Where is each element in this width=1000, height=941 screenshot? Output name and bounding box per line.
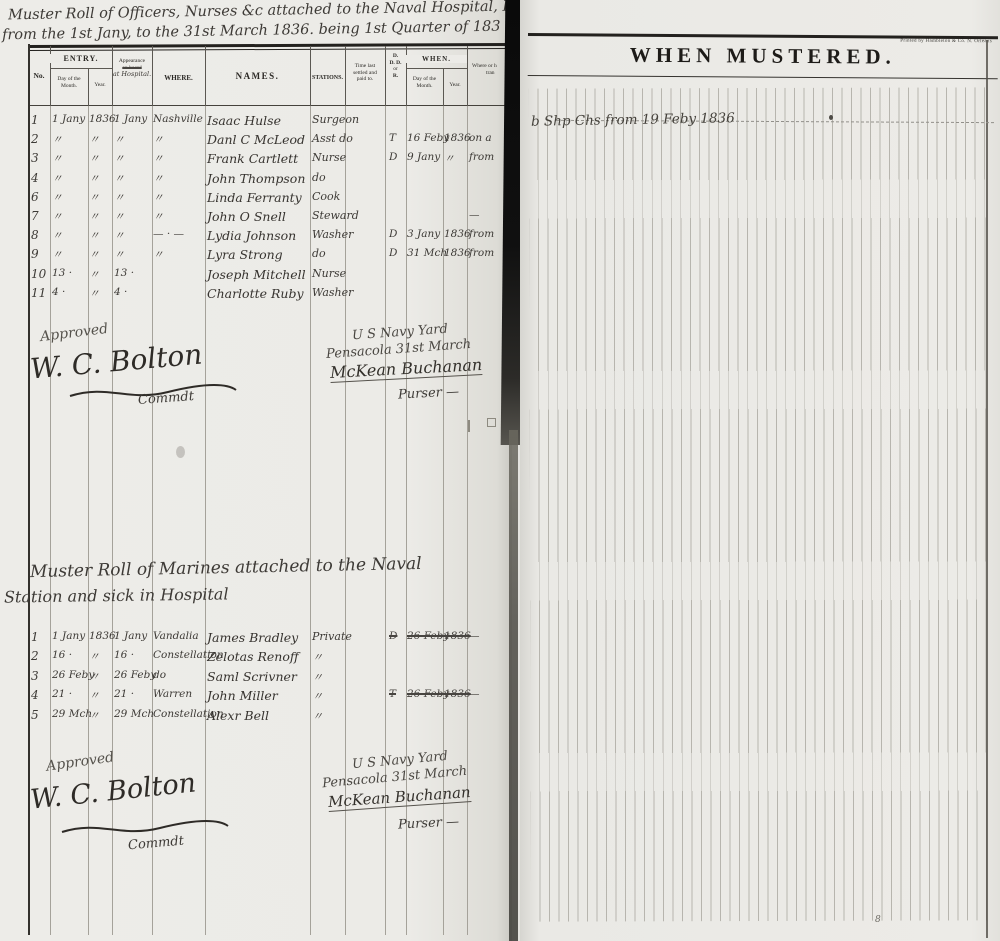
header-no: No. <box>28 71 50 80</box>
where-cell: Warren <box>153 688 192 700</box>
scanned-muster-roll-document: Muster Roll of Officers, Nurses &c attac… <box>0 0 1000 941</box>
entry-year-cell: 〃 <box>89 209 100 224</box>
when-day-cell: 31 Mch <box>407 247 447 259</box>
entry-day-cell: 21 · <box>52 688 72 700</box>
when-day-cell: 3 Jany <box>407 228 440 240</box>
table-top-rule-thin <box>28 48 510 51</box>
header-stations: STATIONS. <box>310 75 345 81</box>
commandant-signature: W. C. Bolton <box>29 338 204 386</box>
name-cell: Linda Ferranty <box>207 190 302 205</box>
station-cell: 〃 <box>312 708 323 724</box>
header-appearance-note: at Hospital. <box>113 70 151 78</box>
station-cell: Surgeon <box>312 113 359 126</box>
ddr-cell: T <box>389 132 396 144</box>
appearance-cell: 〃 <box>114 209 125 224</box>
station-cell: Steward <box>312 209 359 222</box>
header-time-line2: settled and <box>353 70 377 76</box>
entry-year-cell: 1836 <box>89 630 116 642</box>
where-cell: 〃 <box>153 190 164 205</box>
ddr-cell: D <box>389 247 397 259</box>
no-cell: 3 <box>31 151 39 165</box>
commandant-title: Commdt <box>138 389 195 408</box>
bottom-page-mark: 8 <box>875 915 881 925</box>
name-cell: James Bradley <box>207 630 298 645</box>
header-where-trans: Where or h tran <box>467 63 509 76</box>
when-day-cell: 16 Feby <box>407 132 449 144</box>
header-trans-line1: Where or h <box>472 63 497 69</box>
appearance-cell: 16 · <box>114 649 134 661</box>
station-cell: Private <box>312 630 352 643</box>
where-cell: 〃 <box>153 209 164 224</box>
entry-year-cell: 〃 <box>89 171 100 186</box>
appearance-cell: 29 Mch <box>114 708 154 720</box>
document-title-line2: from the 1st Jany, to the 31st March 183… <box>2 19 501 44</box>
entry-year-cell: 〃 <box>89 286 100 301</box>
left-page: Muster Roll of Officers, Nurses &c attac… <box>0 0 512 941</box>
name-cell: John Miller <box>207 688 278 703</box>
right-page-edge <box>986 40 988 938</box>
header-when-day: Day of the Month. <box>407 76 442 89</box>
name-cell: Danl C McLeod <box>207 132 305 147</box>
where-cell: 〃 <box>153 151 164 166</box>
name-cell: Joseph Mitchell <box>207 267 306 282</box>
appearance-cell: 〃 <box>114 228 125 243</box>
no-cell: 7 <box>31 209 39 223</box>
entry-day-cell: 1 Jany <box>52 630 85 642</box>
appearance-cell: 13 · <box>114 267 134 279</box>
entry-day-cell: 13 · <box>52 267 72 279</box>
pencil-mark-square <box>487 418 496 427</box>
entry-year-cell: 〃 <box>89 132 100 147</box>
where-cell: do <box>153 669 166 681</box>
header-ddr-line4: R. <box>393 73 398 79</box>
no-cell: 11 <box>31 286 46 300</box>
entry-day-cell: 4 · <box>52 286 65 298</box>
trans-cell: from <box>469 151 494 163</box>
header-names: NAMES. <box>205 71 310 81</box>
station-cell: do <box>312 171 326 184</box>
where-cell: 〃 <box>153 171 164 186</box>
header-time-settled: Time last settled and paid to. <box>345 63 385 83</box>
muster-tally-columns <box>529 87 991 921</box>
ddr-cell: D <box>389 151 397 163</box>
appearance-cell: 〃 <box>114 151 125 166</box>
no-cell: 10 <box>31 267 46 281</box>
entry-sub-rule <box>50 68 112 69</box>
no-cell: 2 <box>31 132 39 146</box>
header-trans-line2: tran <box>472 70 495 76</box>
entry-day-cell: 29 Mch <box>52 708 92 720</box>
entry-year-cell: 〃 <box>89 669 100 684</box>
ddr-cell: T <box>389 688 396 700</box>
when-day-cell: 26 Feby <box>407 688 449 700</box>
name-cell: Lyra Strong <box>207 247 283 262</box>
ink-smudge <box>176 446 185 458</box>
no-cell: 5 <box>31 708 39 722</box>
header-ddr-line2: D. D. <box>389 60 401 66</box>
printer-imprint: Printed by Hambleton & Co. N. Orleans <box>900 39 992 45</box>
when-year-cell: 1836 <box>444 688 471 700</box>
table-column-rule <box>310 106 311 935</box>
ink-speck <box>829 115 833 120</box>
trans-cell: — <box>469 688 480 700</box>
name-cell: Saml Scrivner <box>207 669 297 684</box>
appearance-cell: 〃 <box>114 171 125 186</box>
table-column-rule <box>205 106 206 935</box>
station-cell: Nurse <box>312 267 346 280</box>
table-column-rule <box>467 46 468 106</box>
entry-year-cell: 〃 <box>89 649 100 664</box>
when-year-cell: 〃 <box>444 151 455 166</box>
where-cell: Nashville <box>153 113 203 125</box>
table-left-border <box>28 44 30 935</box>
when-mustered-title: WHEN MUSTERED. <box>528 42 998 70</box>
marines-title-line2: Station and sick in Hospital <box>4 584 229 606</box>
name-cell: Zelotas Renoff <box>207 649 299 664</box>
header-appearance: Appearance on board at Hospital. <box>112 58 152 79</box>
trans-cell: on a <box>469 132 492 144</box>
purser-title: Purser — <box>398 814 460 832</box>
book-fold-shadow-bottom <box>509 430 518 941</box>
ddr-cell: D <box>389 228 397 240</box>
entry-year-cell: 〃 <box>89 247 100 262</box>
name-cell: Isaac Hulse <box>207 113 281 128</box>
station-cell: Nurse <box>312 151 346 164</box>
no-cell: 4 <box>31 171 39 185</box>
entry-day-cell: 〃 <box>52 190 63 205</box>
table-top-rule-thick <box>28 43 510 48</box>
when-day-cell: 26 Feby <box>407 630 449 642</box>
appearance-cell: 26 Feby <box>114 669 156 681</box>
name-cell: Frank Cartlett <box>207 151 298 166</box>
purser-title: Purser — <box>398 384 460 402</box>
no-cell: 2 <box>31 649 39 663</box>
appearance-cell: 〃 <box>114 190 125 205</box>
name-cell: John Thompson <box>207 171 305 186</box>
name-cell: Alexr Bell <box>207 708 269 723</box>
header-ddr-line3: or <box>393 66 398 72</box>
where-cell: Vandalia <box>153 630 199 642</box>
entry-year-cell: 〃 <box>89 688 100 703</box>
header-ddr: D. D. D. or R. <box>385 53 406 79</box>
station-cell: Asst do <box>312 132 353 145</box>
pencil-mark-tick <box>468 420 470 432</box>
header-where: WHERE. <box>152 74 205 82</box>
appearance-cell: 〃 <box>114 132 125 147</box>
header-time-line3: paid to. <box>357 76 374 82</box>
station-cell: Washer <box>312 228 353 241</box>
entry-day-cell: 〃 <box>52 151 63 166</box>
no-cell: 3 <box>31 669 39 683</box>
no-cell: 9 <box>31 247 39 261</box>
header-ddr-line1: D. <box>393 53 398 59</box>
no-cell: 1 <box>31 113 39 127</box>
no-cell: 6 <box>31 190 39 204</box>
appearance-cell: 21 · <box>114 688 134 700</box>
where-cell: 〃 <box>153 247 164 262</box>
station-cell: 〃 <box>312 688 323 704</box>
entry-year-cell: 〃 <box>89 151 100 166</box>
entry-day-cell: 〃 <box>52 247 63 262</box>
entry-day-cell: 〃 <box>52 209 63 224</box>
ddr-cell: D <box>389 630 397 642</box>
appearance-cell: 〃 <box>114 247 125 262</box>
entry-day-cell: 1 Jany <box>52 113 85 125</box>
header-entry-year: Year. <box>88 82 112 89</box>
station-cell: Washer <box>312 286 353 299</box>
entry-day-cell: 〃 <box>52 171 63 186</box>
station-cell: 〃 <box>312 649 323 665</box>
no-cell: 1 <box>31 630 39 644</box>
station-cell: 〃 <box>312 669 323 685</box>
header-when-year: Year. <box>443 82 467 89</box>
name-cell: Charlotte Ruby <box>207 286 304 301</box>
when-year-cell: 1836 <box>444 247 471 259</box>
appearance-cell: 4 · <box>114 286 127 298</box>
entry-year-cell: 〃 <box>89 228 100 243</box>
trans-cell: from <box>469 247 494 259</box>
when-day-cell: 9 Jany <box>407 151 440 163</box>
station-cell: Cook <box>312 190 340 203</box>
trans-cell: — <box>469 630 480 642</box>
when-sub-rule <box>406 68 467 69</box>
no-cell: 4 <box>31 688 39 702</box>
entry-year-cell: 〃 <box>89 267 100 282</box>
appearance-cell: 1 Jany <box>114 630 147 642</box>
entry-day-cell: 〃 <box>52 132 63 147</box>
trans-cell: — <box>469 209 480 221</box>
station-cell: do <box>312 247 326 260</box>
header-entry-day: Day of the Month. <box>51 76 87 89</box>
when-year-cell: 1836 <box>444 132 471 144</box>
header-time-line1: Time last <box>355 63 375 69</box>
when-year-cell: 1836 <box>444 228 471 240</box>
table-column-rule <box>112 106 113 935</box>
table-column-rule <box>385 106 386 935</box>
header-when: WHEN. <box>406 55 467 63</box>
appearance-cell: 1 Jany <box>114 113 147 125</box>
entry-year-cell: 〃 <box>89 190 100 205</box>
entry-year-cell: 1836 <box>89 113 116 125</box>
entry-day-cell: 16 · <box>52 649 72 661</box>
no-cell: 8 <box>31 228 39 242</box>
entry-day-cell: 〃 <box>52 228 63 243</box>
where-cell: 〃 <box>153 132 164 147</box>
when-year-cell: 1836 <box>444 630 471 642</box>
approved-label: Approved <box>45 749 115 774</box>
commandant-signature: W. C. Bolton <box>29 767 198 815</box>
header-entry: ENTRY. <box>50 54 112 63</box>
entry-day-cell: 26 Feby <box>52 669 94 681</box>
name-cell: John O Snell <box>207 209 286 224</box>
name-cell: Lydia Johnson <box>207 228 296 243</box>
header-appearance-word: Appearance <box>119 58 145 64</box>
header-bottom-rule <box>28 105 510 106</box>
trans-cell: from <box>469 228 494 240</box>
entry-year-cell: 〃 <box>89 708 100 723</box>
where-cell: — · — <box>153 228 184 240</box>
